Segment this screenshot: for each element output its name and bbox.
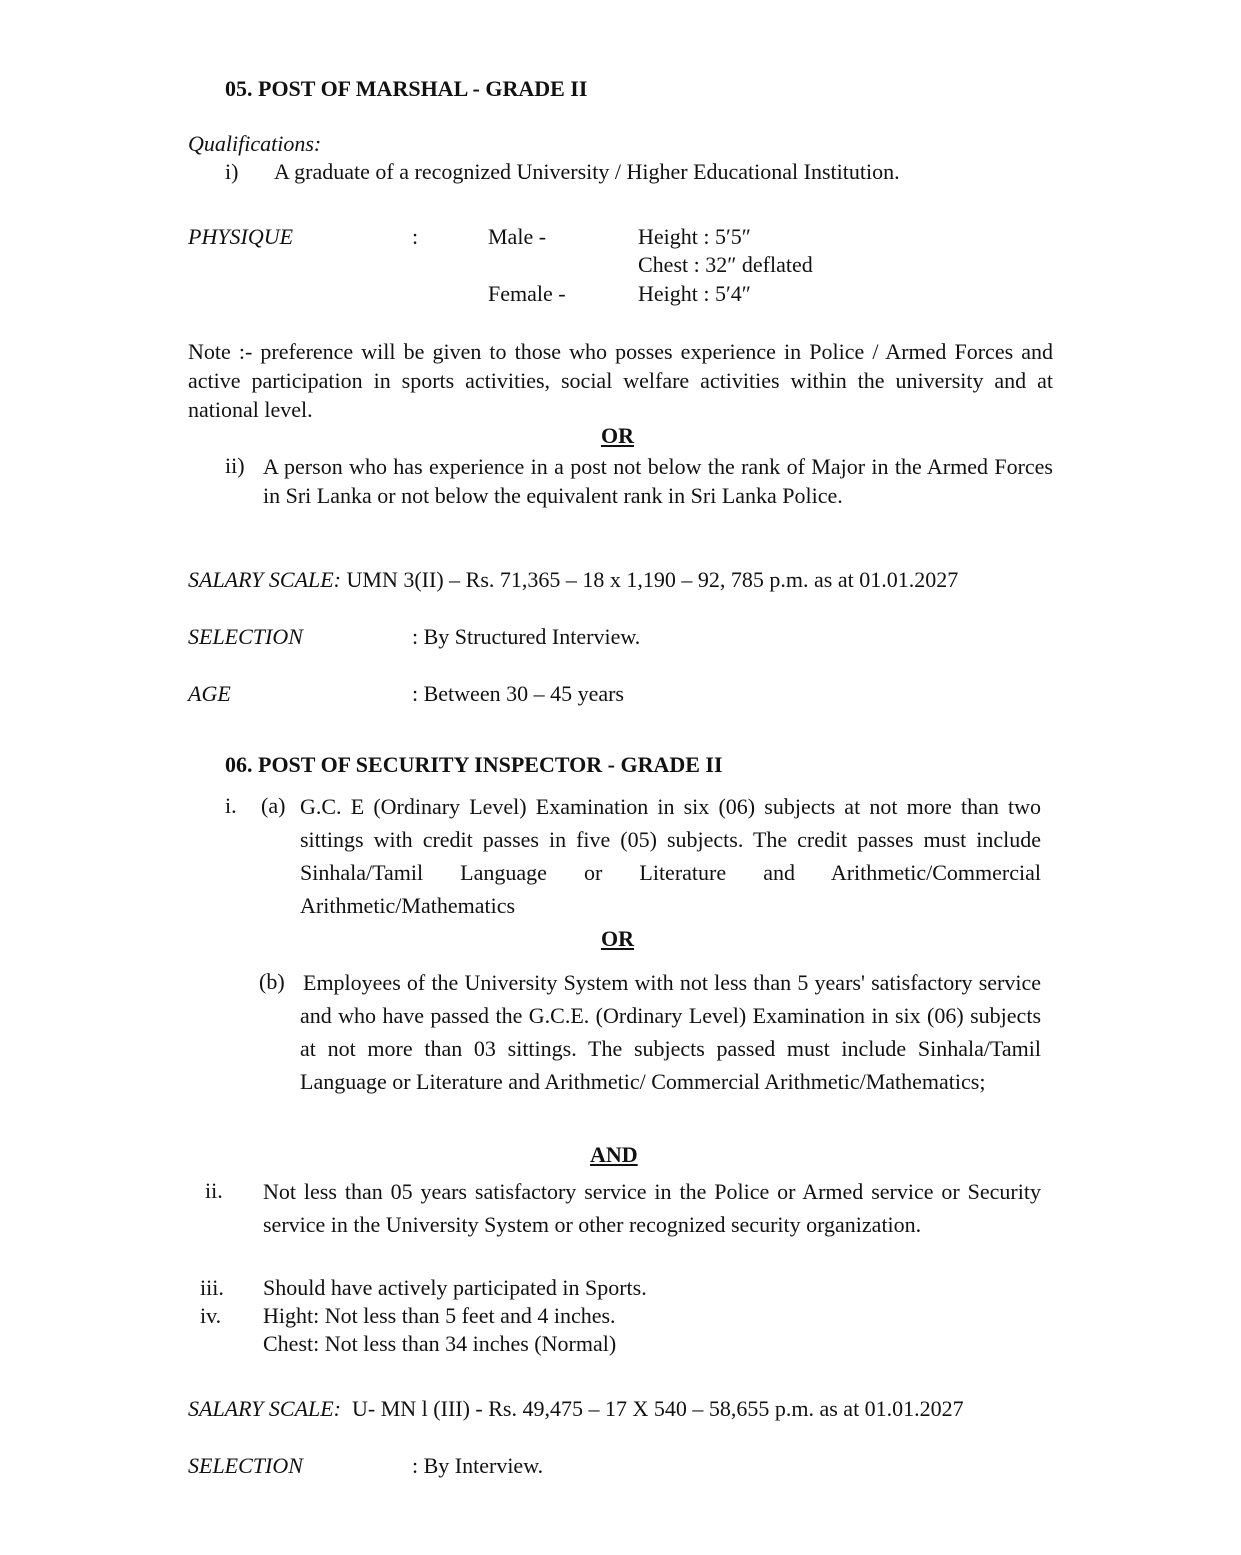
male-chest: Chest : 32″ deflated: [638, 251, 813, 279]
selection-value: : By Interview.: [412, 1452, 543, 1480]
and-divider: AND: [590, 1141, 638, 1169]
qualifications-label: Qualifications:: [188, 130, 321, 158]
selection-label: SELECTION: [188, 623, 303, 651]
sub-item-label: (a): [261, 792, 285, 820]
salary-scale-value: UMN 3(II) – Rs. 71,365 – 18 x 1,190 – 92…: [341, 567, 958, 592]
selection-value: : By Structured Interview.: [412, 623, 640, 651]
selection-label: SELECTION: [188, 1452, 303, 1480]
physique-label: PHYSIQUE: [188, 223, 293, 251]
item-number: iv.: [200, 1302, 221, 1330]
height-requirement: Hight: Not less than 5 feet and 4 inches…: [263, 1302, 616, 1330]
note-paragraph: Note :- preference will be given to thos…: [188, 337, 1053, 424]
qualification-text: A person who has experience in a post no…: [263, 452, 1053, 510]
age-label: AGE: [188, 680, 231, 708]
qualification-text: Should have actively participated in Spo…: [263, 1274, 647, 1302]
qualification-text: G.C. E (Ordinary Level) Examination in s…: [300, 790, 1041, 922]
or-divider: OR: [601, 925, 634, 953]
salary-scale-line: SALARY SCALE: U- MN l (III) - Rs. 49,475…: [188, 1395, 964, 1423]
physique-colon: :: [412, 223, 418, 251]
salary-scale-line: SALARY SCALE: UMN 3(II) – Rs. 71,365 – 1…: [188, 566, 958, 594]
item-number: iii.: [200, 1274, 224, 1302]
item-number: i): [225, 158, 238, 186]
salary-scale-value: U- MN l (III) - Rs. 49,475 – 17 X 540 – …: [341, 1396, 964, 1421]
or-divider: OR: [601, 422, 634, 450]
chest-requirement: Chest: Not less than 34 inches (Normal): [263, 1330, 616, 1358]
age-value: : Between 30 – 45 years: [412, 680, 624, 708]
male-height: Height : 5′5″: [638, 223, 751, 251]
male-label: Male -: [488, 223, 546, 251]
item-number: ii.: [205, 1177, 223, 1205]
item-number: i.: [225, 792, 237, 820]
item-number: ii): [225, 452, 245, 480]
qualification-text: Employees of the University System with …: [300, 966, 1041, 1098]
female-label: Female -: [488, 280, 566, 308]
salary-scale-label: SALARY SCALE:: [188, 567, 341, 592]
female-height: Height : 5′4″: [638, 280, 751, 308]
qualification-text: A graduate of a recognized University / …: [274, 158, 900, 186]
salary-scale-label: SALARY SCALE:: [188, 1396, 341, 1421]
sub-item-label: (b): [259, 968, 285, 996]
section-05-heading: 05. POST OF MARSHAL - GRADE II: [225, 75, 587, 103]
section-06-heading: 06. POST OF SECURITY INSPECTOR - GRADE I…: [225, 751, 723, 779]
qualification-text: Not less than 05 years satisfactory serv…: [263, 1175, 1041, 1241]
